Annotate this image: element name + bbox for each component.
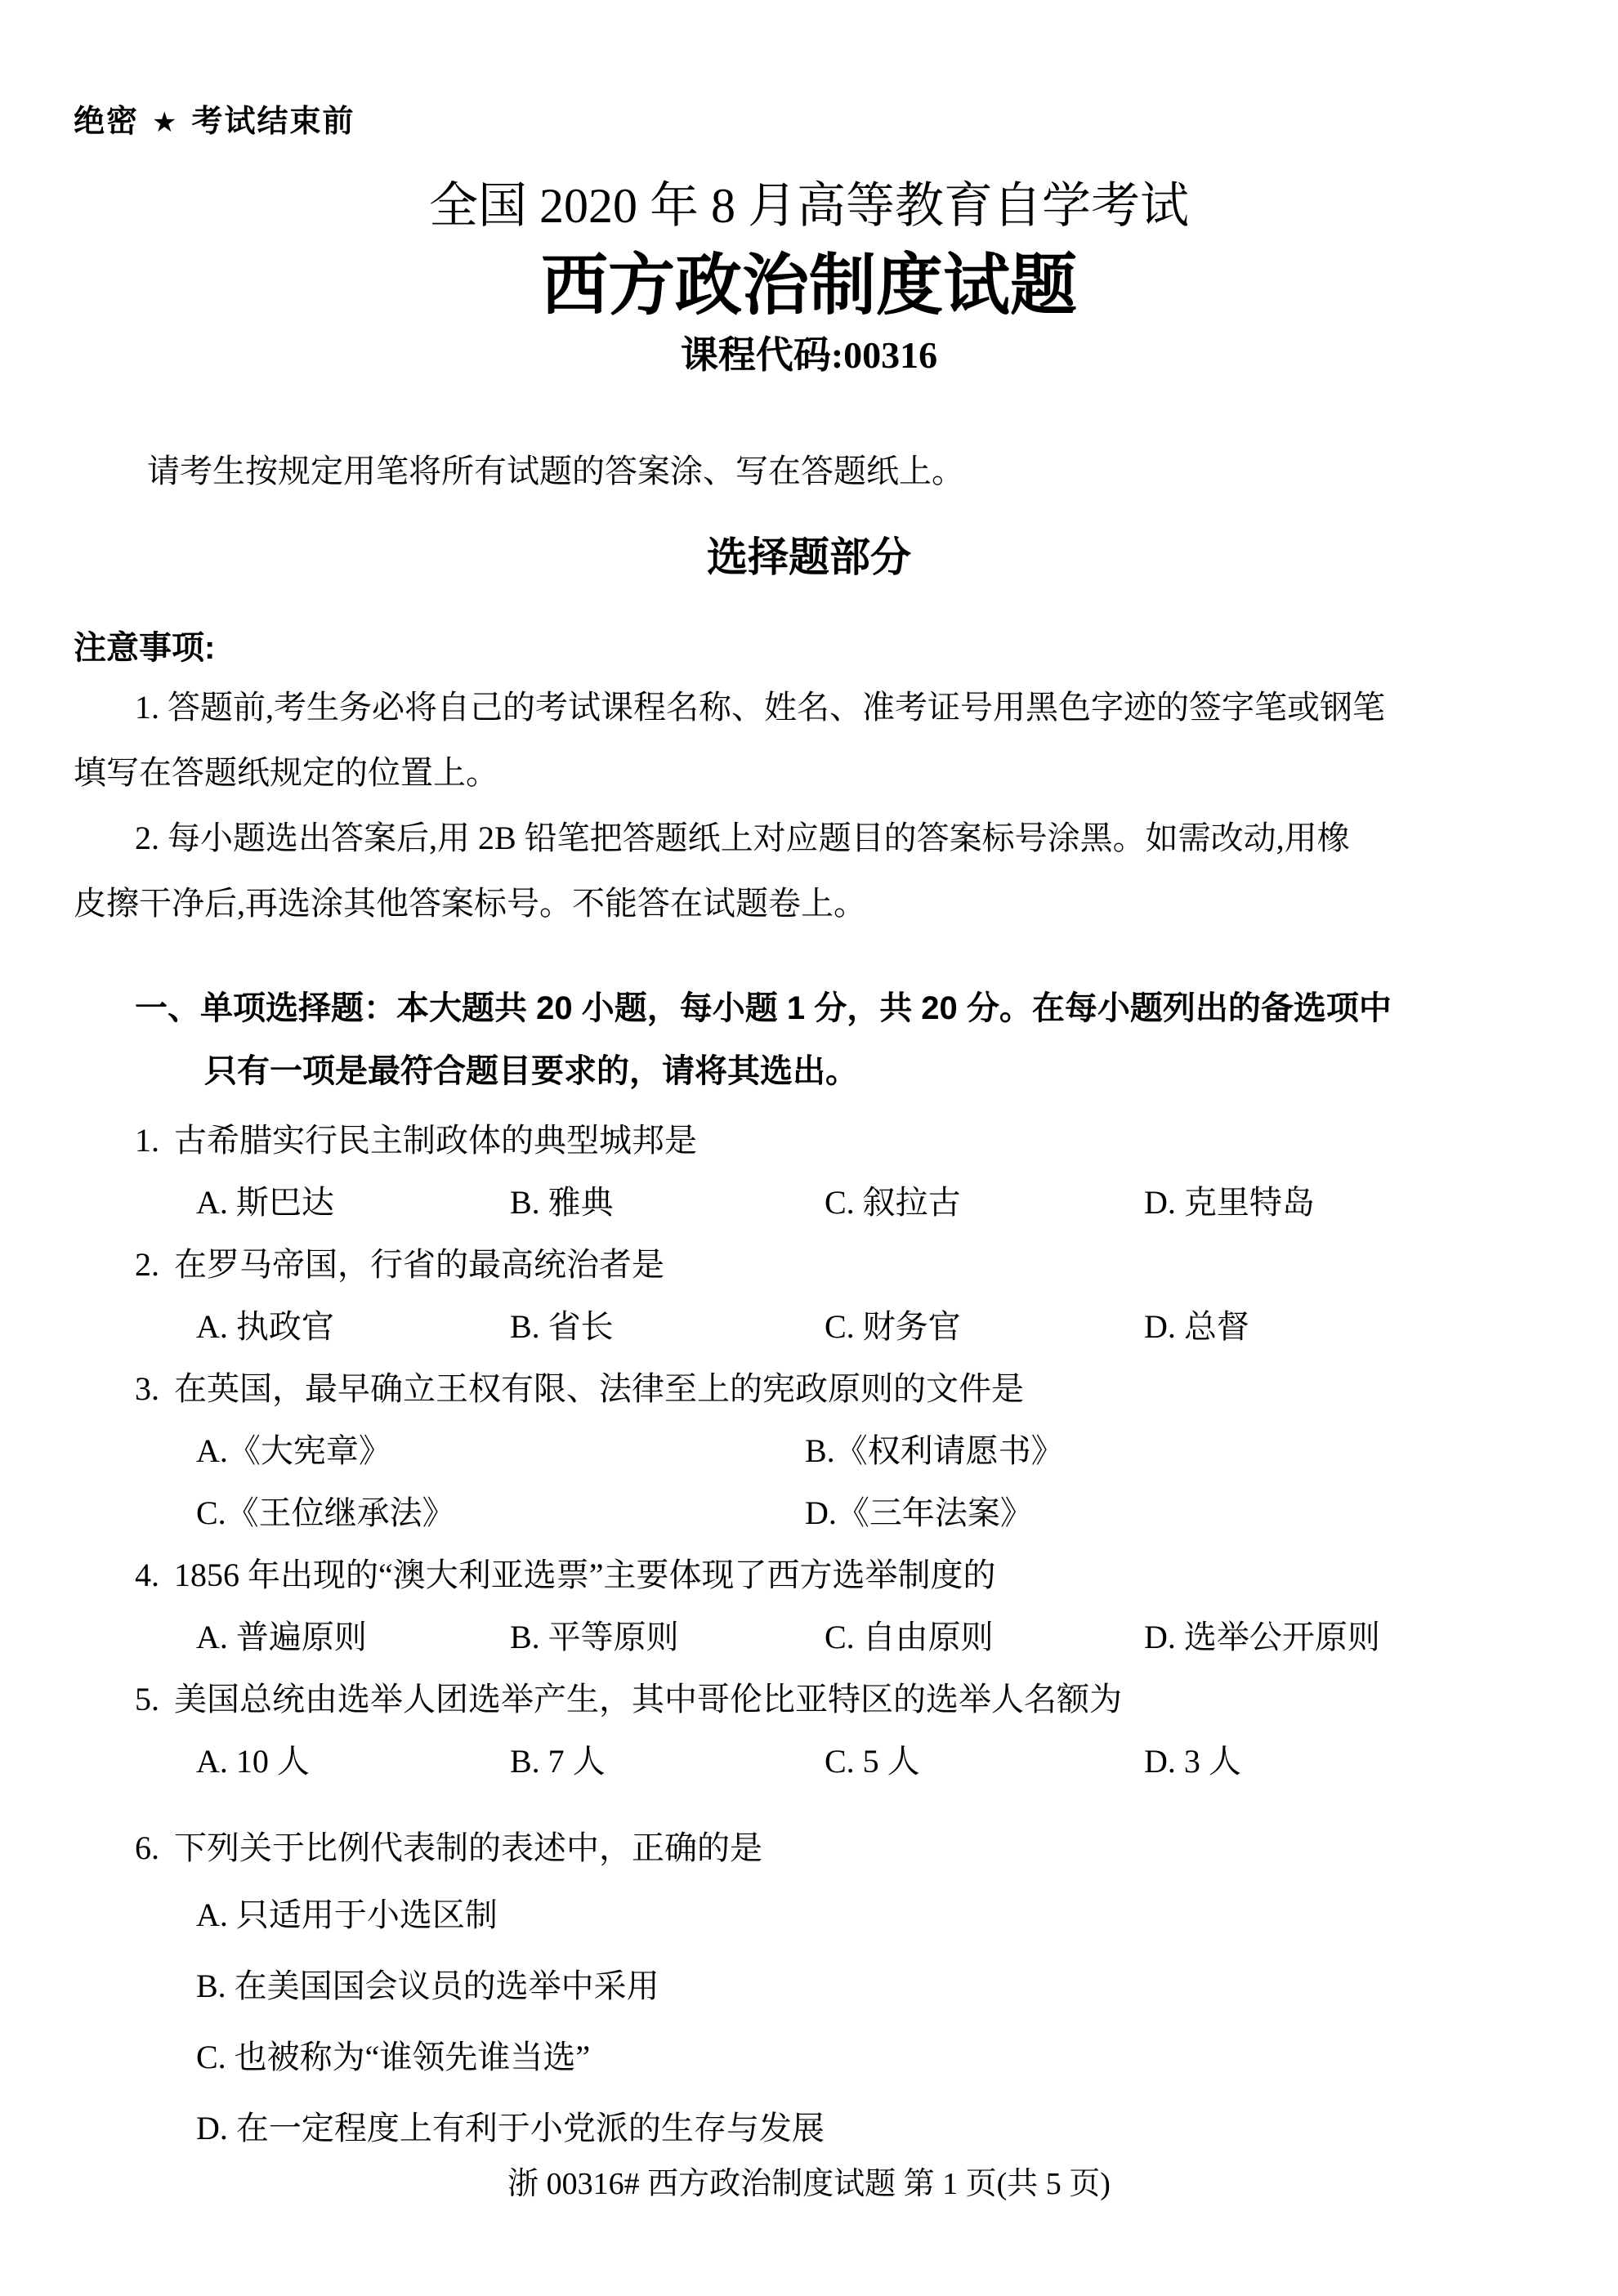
options-row: C.《王位继承法》 D.《三年法案》	[74, 1482, 1544, 1544]
question-number: 4.	[135, 1544, 159, 1606]
question-stem: 美国总统由选举人团选举产生，其中哥伦比亚特区的选举人名额为	[174, 1681, 1122, 1718]
question-stem-row: 6.下列关于比例代表制的表述中，正确的是	[74, 1817, 1544, 1879]
notice-line: 填写在答题纸规定的位置上。	[74, 740, 1544, 806]
option-a: A. 普遍原则	[196, 1606, 510, 1668]
star-icon: ★	[152, 103, 178, 142]
notice-heading: 注意事项:	[74, 626, 1544, 670]
question-item-3: 3.在英国，最早确立王权有限、法律至上的宪政原则的文件是 A.《大宪章》 B.《…	[74, 1358, 1544, 1544]
option-b: B. 雅典	[510, 1172, 825, 1234]
option-b: B. 在美国国会议员的选举中采用	[74, 1950, 1544, 2021]
notice-line: 皮擦干净后,再选涂其他答案标号。不能答在试题卷上。	[74, 871, 1544, 936]
question-stem-row: 2.在罗马帝国，行省的最高统治者是	[74, 1234, 1544, 1296]
question-item-4: 4.1856 年出现的“澳大利亚选票”主要体现了西方选举制度的 A. 普遍原则 …	[74, 1544, 1544, 1668]
option-a: A.《大宪章》	[196, 1420, 805, 1482]
option-a: A. 10 人	[196, 1731, 510, 1793]
course-code: 课程代码:00316	[74, 332, 1544, 379]
question-number: 5.	[135, 1668, 159, 1731]
option-c: C. 5 人	[825, 1731, 1144, 1793]
options-row: A. 普遍原则 B. 平等原则 C. 自由原则 D. 选举公开原则	[74, 1606, 1544, 1668]
notice-line: 2. 每小题选出答案后,用 2B 铅笔把答题纸上对应题目的答案标号涂黑。如需改动…	[74, 806, 1544, 871]
option-c: C. 也被称为“谁领先谁当选”	[74, 2021, 1544, 2093]
options-row: A.《大宪章》 B.《权利请愿书》	[74, 1420, 1544, 1482]
option-c: C. 自由原则	[825, 1606, 1144, 1668]
section-title: 选择题部分	[74, 525, 1544, 590]
option-d: D. 选举公开原则	[1144, 1606, 1544, 1668]
question-number: 6.	[135, 1817, 159, 1879]
option-d: D. 总督	[1144, 1296, 1544, 1358]
question-number: 2.	[135, 1234, 159, 1296]
question-stem-row: 5.美国总统由选举人团选举产生，其中哥伦比亚特区的选举人名额为	[74, 1668, 1544, 1731]
question-stem: 1856 年出现的“澳大利亚选票”主要体现了西方选举制度的	[174, 1557, 996, 1593]
part-heading-line: 只有一项是最符合题目要求的，请将其选出。	[204, 1040, 1544, 1103]
question-item-6: 6.下列关于比例代表制的表述中，正确的是 A. 只适用于小选区制 B. 在美国国…	[74, 1817, 1544, 2164]
question-item-1: 1.古希腊实行民主制政体的典型城邦是 A. 斯巴达 B. 雅典 C. 叙拉古 D…	[74, 1110, 1544, 1234]
question-stem-row: 4.1856 年出现的“澳大利亚选票”主要体现了西方选举制度的	[74, 1544, 1544, 1606]
options-row: A. 10 人 B. 7 人 C. 5 人 D. 3 人	[74, 1731, 1544, 1793]
question-list: 1.古希腊实行民主制政体的典型城邦是 A. 斯巴达 B. 雅典 C. 叙拉古 D…	[74, 1110, 1544, 2164]
question-item-5: 5.美国总统由选举人团选举产生，其中哥伦比亚特区的选举人名额为 A. 10 人 …	[74, 1668, 1544, 1793]
part-heading-line: 一、单项选择题：本大题共 20 小题，每小题 1 分，共 20 分。在每小题列出…	[204, 977, 1544, 1040]
question-stem-row: 3.在英国，最早确立王权有限、法律至上的宪政原则的文件是	[74, 1358, 1544, 1420]
option-b: B.《权利请愿书》	[805, 1420, 1544, 1482]
question-stem: 下列关于比例代表制的表述中，正确的是	[174, 1829, 762, 1866]
option-c: C.《王位继承法》	[196, 1482, 805, 1544]
exam-paper-page: 绝密★考试结束前 全国 2020 年 8 月高等教育自学考试 西方政治制度试题 …	[0, 0, 1618, 2296]
option-b: B. 7 人	[510, 1731, 825, 1793]
option-a: A. 只适用于小选区制	[74, 1879, 1544, 1950]
option-c: C. 叙拉古	[825, 1172, 1144, 1234]
option-d: D. 3 人	[1144, 1731, 1544, 1793]
notice-line: 1. 答题前,考生务必将自己的考试课程名称、姓名、准考证号用黑色字迹的签字笔或钢…	[74, 675, 1544, 740]
options-row: A. 执政官 B. 省长 C. 财务官 D. 总督	[74, 1296, 1544, 1358]
option-b: B. 省长	[510, 1296, 825, 1358]
option-d: D. 克里特岛	[1144, 1172, 1544, 1234]
option-d: D.《三年法案》	[805, 1482, 1544, 1544]
notice-list: 1. 答题前,考生务必将自己的考试课程名称、姓名、准考证号用黑色字迹的签字笔或钢…	[74, 675, 1544, 936]
question-stem: 在英国，最早确立王权有限、法律至上的宪政原则的文件是	[174, 1370, 1024, 1407]
page-footer: 浙 00316# 西方政治制度试题 第 1 页(共 5 页)	[74, 2165, 1544, 2203]
question-number: 3.	[135, 1358, 159, 1420]
question-stem-row: 1.古希腊实行民主制政体的典型城邦是	[74, 1110, 1544, 1172]
classification-prefix: 绝密	[74, 105, 139, 139]
option-d: D. 在一定程度上有利于小党派的生存与发展	[74, 2093, 1544, 2164]
answer-instruction: 请考生按规定用笔将所有试题的答案涂、写在答题纸上。	[74, 449, 1544, 494]
option-a: A. 执政官	[196, 1296, 510, 1358]
classification-banner: 绝密★考试结束前	[74, 102, 1544, 142]
paper-title: 西方政治制度试题	[74, 247, 1544, 325]
option-c: C. 财务官	[825, 1296, 1144, 1358]
option-b: B. 平等原则	[510, 1606, 825, 1668]
question-number: 1.	[135, 1110, 159, 1172]
option-a: A. 斯巴达	[196, 1172, 510, 1234]
classification-suffix: 考试结束前	[192, 105, 355, 139]
exam-title: 全国 2020 年 8 月高等教育自学考试	[74, 176, 1544, 235]
options-row: A. 斯巴达 B. 雅典 C. 叙拉古 D. 克里特岛	[74, 1172, 1544, 1234]
part-heading: 一、单项选择题：本大题共 20 小题，每小题 1 分，共 20 分。在每小题列出…	[204, 977, 1544, 1103]
question-stem: 在罗马帝国，行省的最高统治者是	[174, 1246, 664, 1283]
question-item-2: 2.在罗马帝国，行省的最高统治者是 A. 执政官 B. 省长 C. 财务官 D.…	[74, 1234, 1544, 1358]
question-stem: 古希腊实行民主制政体的典型城邦是	[174, 1122, 697, 1159]
